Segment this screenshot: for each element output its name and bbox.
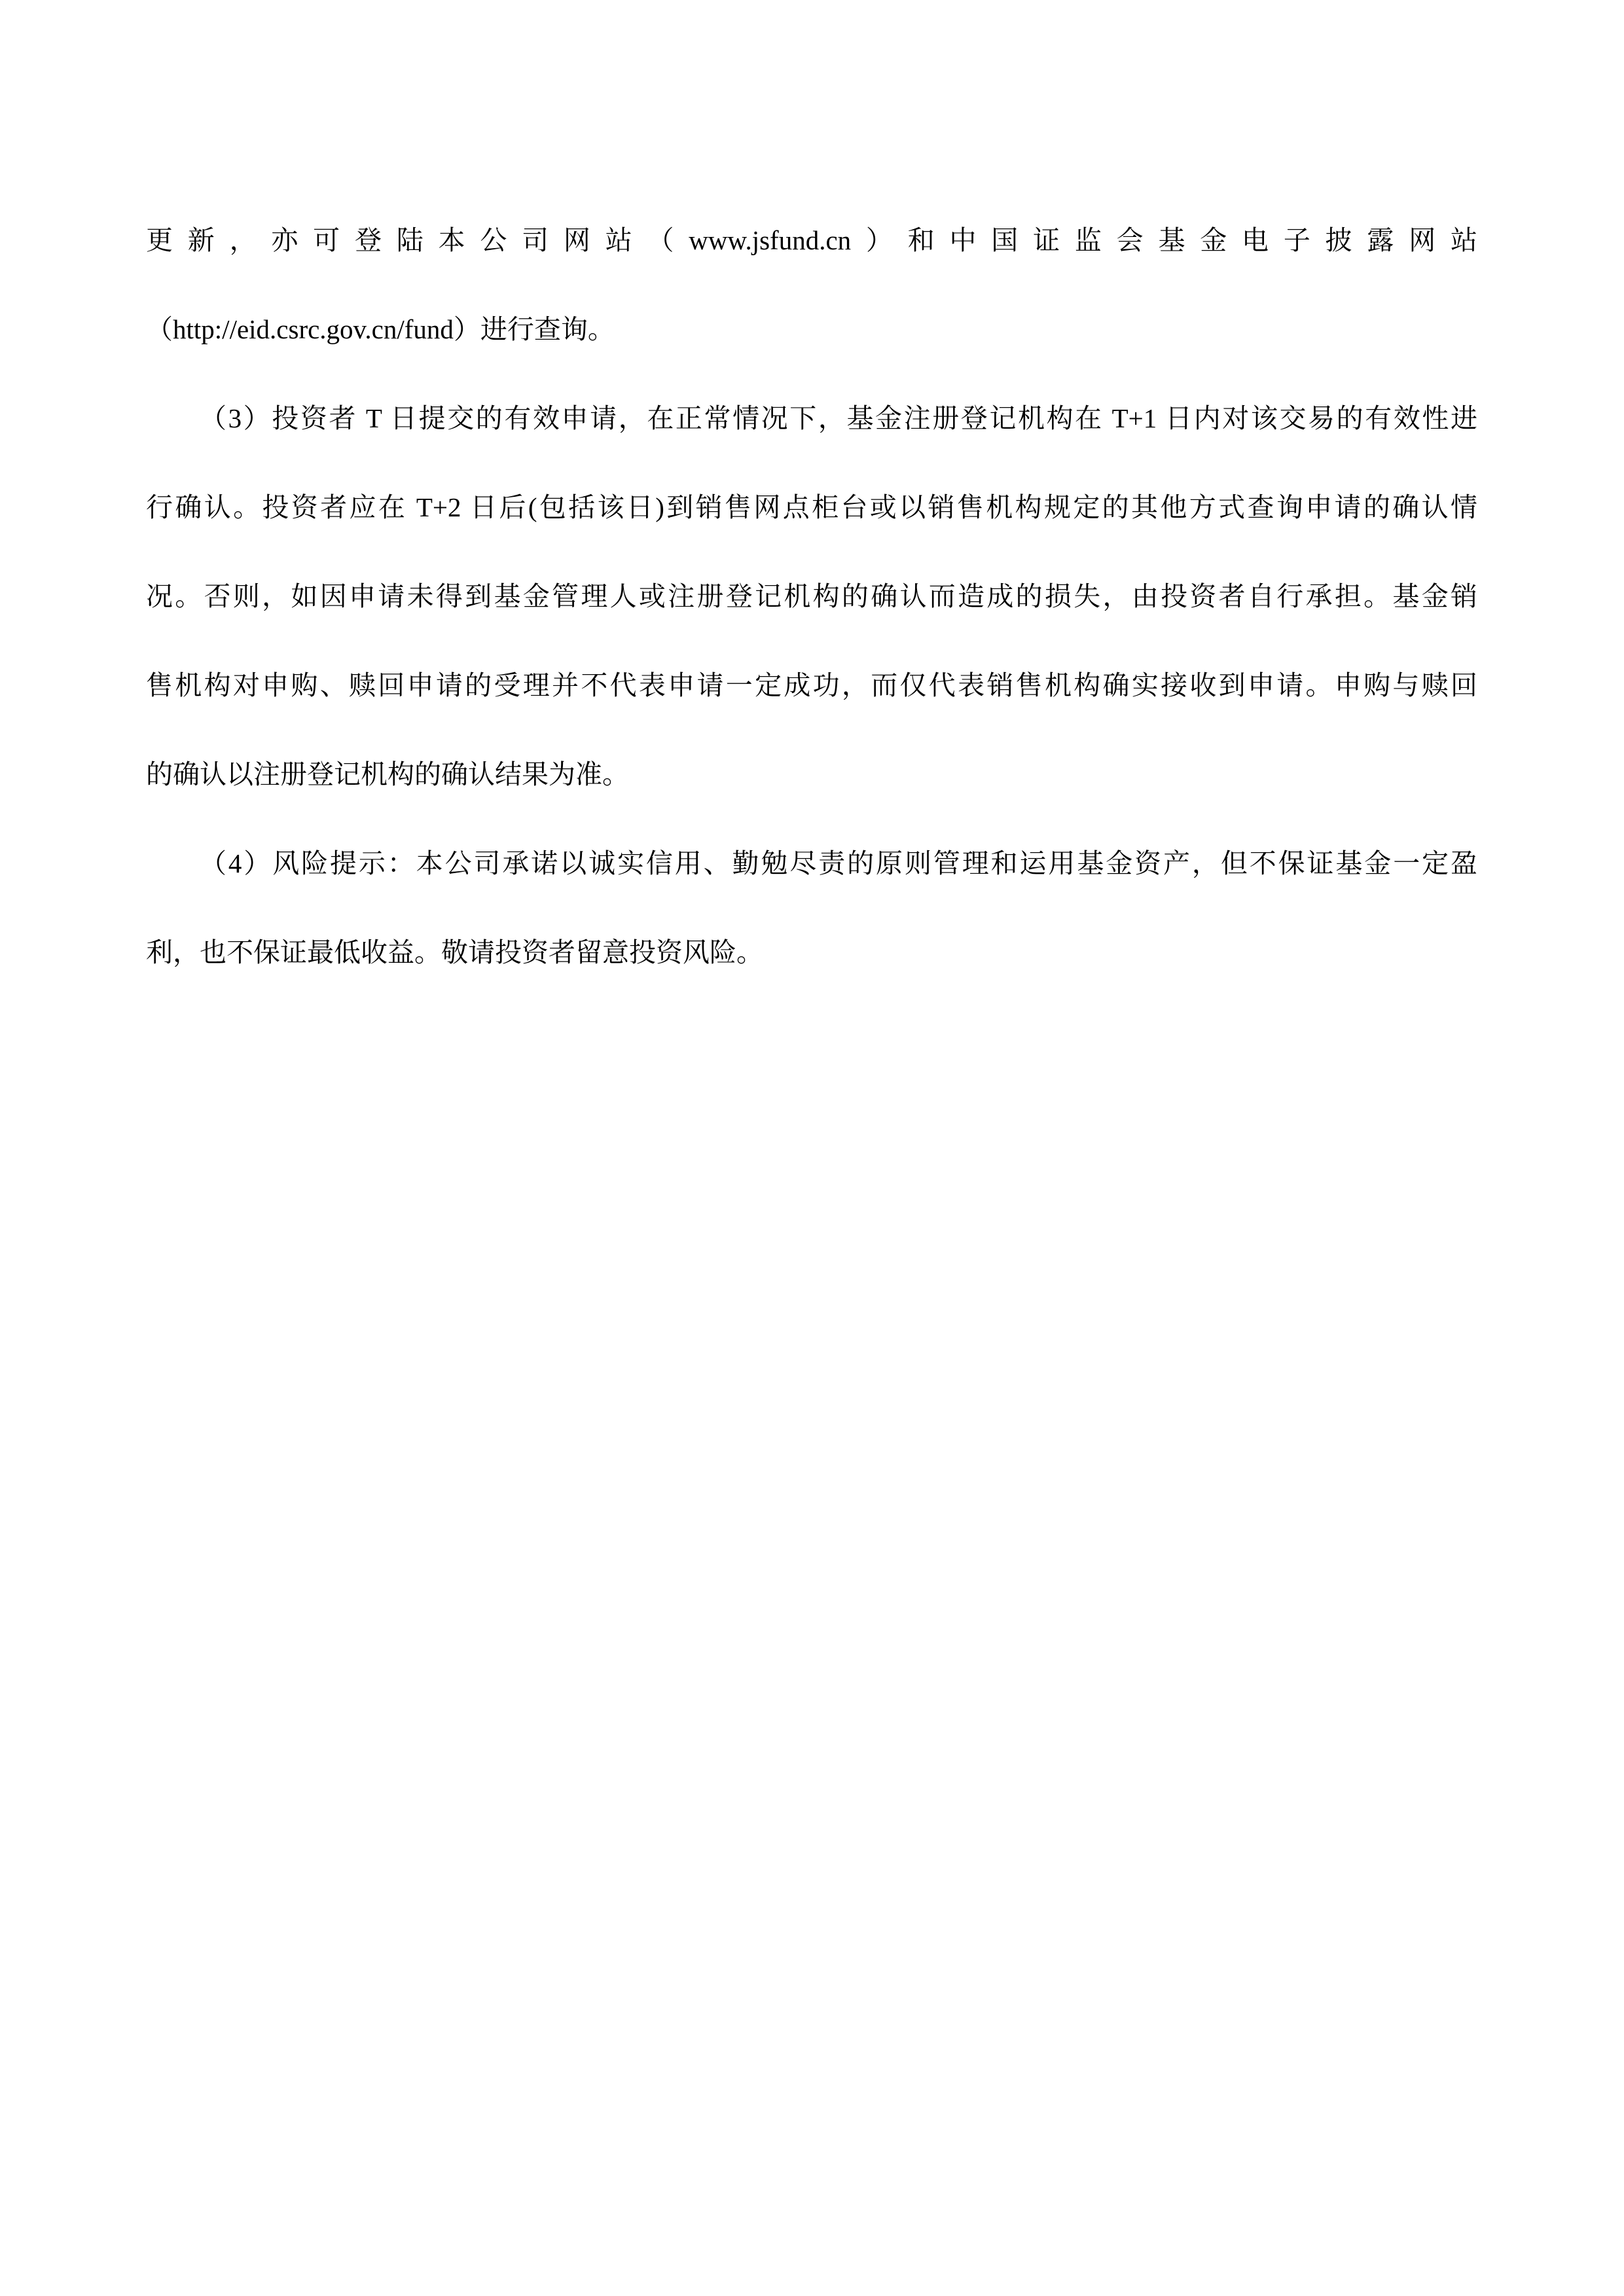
text-line: （http://eid.csrc.gov.cn/fund）进行查询。: [146, 285, 1477, 374]
text-line: 况。否则，如因申请未得到基金管理人或注册登记机构的确认而造成的损失，由投资者自行…: [146, 552, 1477, 641]
text-line: 售机构对申购、赎回申请的受理并不代表申请一定成功，而仅代表销售机构确实接收到申请…: [146, 641, 1477, 730]
text-line: 行确认。投资者应在 T+2 日后(包括该日)到销售网点柜台或以销售机构规定的其他…: [146, 463, 1477, 552]
text-line: （4）风险提示：本公司承诺以诚实信用、勤勉尽责的原则管理和运用基金资产，但不保证…: [146, 819, 1477, 908]
text-line: 更新，亦可登陆本公司网站（www.jsfund.cn）和中国证监会基金电子披露网…: [146, 196, 1477, 285]
text-line: （3）投资者 T 日提交的有效申请，在正常情况下，基金注册登记机构在 T+1 日…: [146, 374, 1477, 463]
document-page: 更新，亦可登陆本公司网站（www.jsfund.cn）和中国证监会基金电子披露网…: [0, 0, 1624, 2296]
paragraph-item-3-confirmation-rules: （3）投资者 T 日提交的有效申请，在正常情况下，基金注册登记机构在 T+1 日…: [146, 374, 1477, 819]
text-line: 的确认以注册登记机构的确认结果为准。: [146, 730, 1477, 819]
paragraph-item-4-risk-warning: （4）风险提示：本公司承诺以诚实信用、勤勉尽责的原则管理和运用基金资产，但不保证…: [146, 819, 1477, 997]
body-text: 更新，亦可登陆本公司网站（www.jsfund.cn）和中国证监会基金电子披露网…: [146, 196, 1477, 997]
paragraph-continuation-website-notice: 更新，亦可登陆本公司网站（www.jsfund.cn）和中国证监会基金电子披露网…: [146, 196, 1477, 374]
text-line: 利，也不保证最低收益。敬请投资者留意投资风险。: [146, 908, 1477, 997]
